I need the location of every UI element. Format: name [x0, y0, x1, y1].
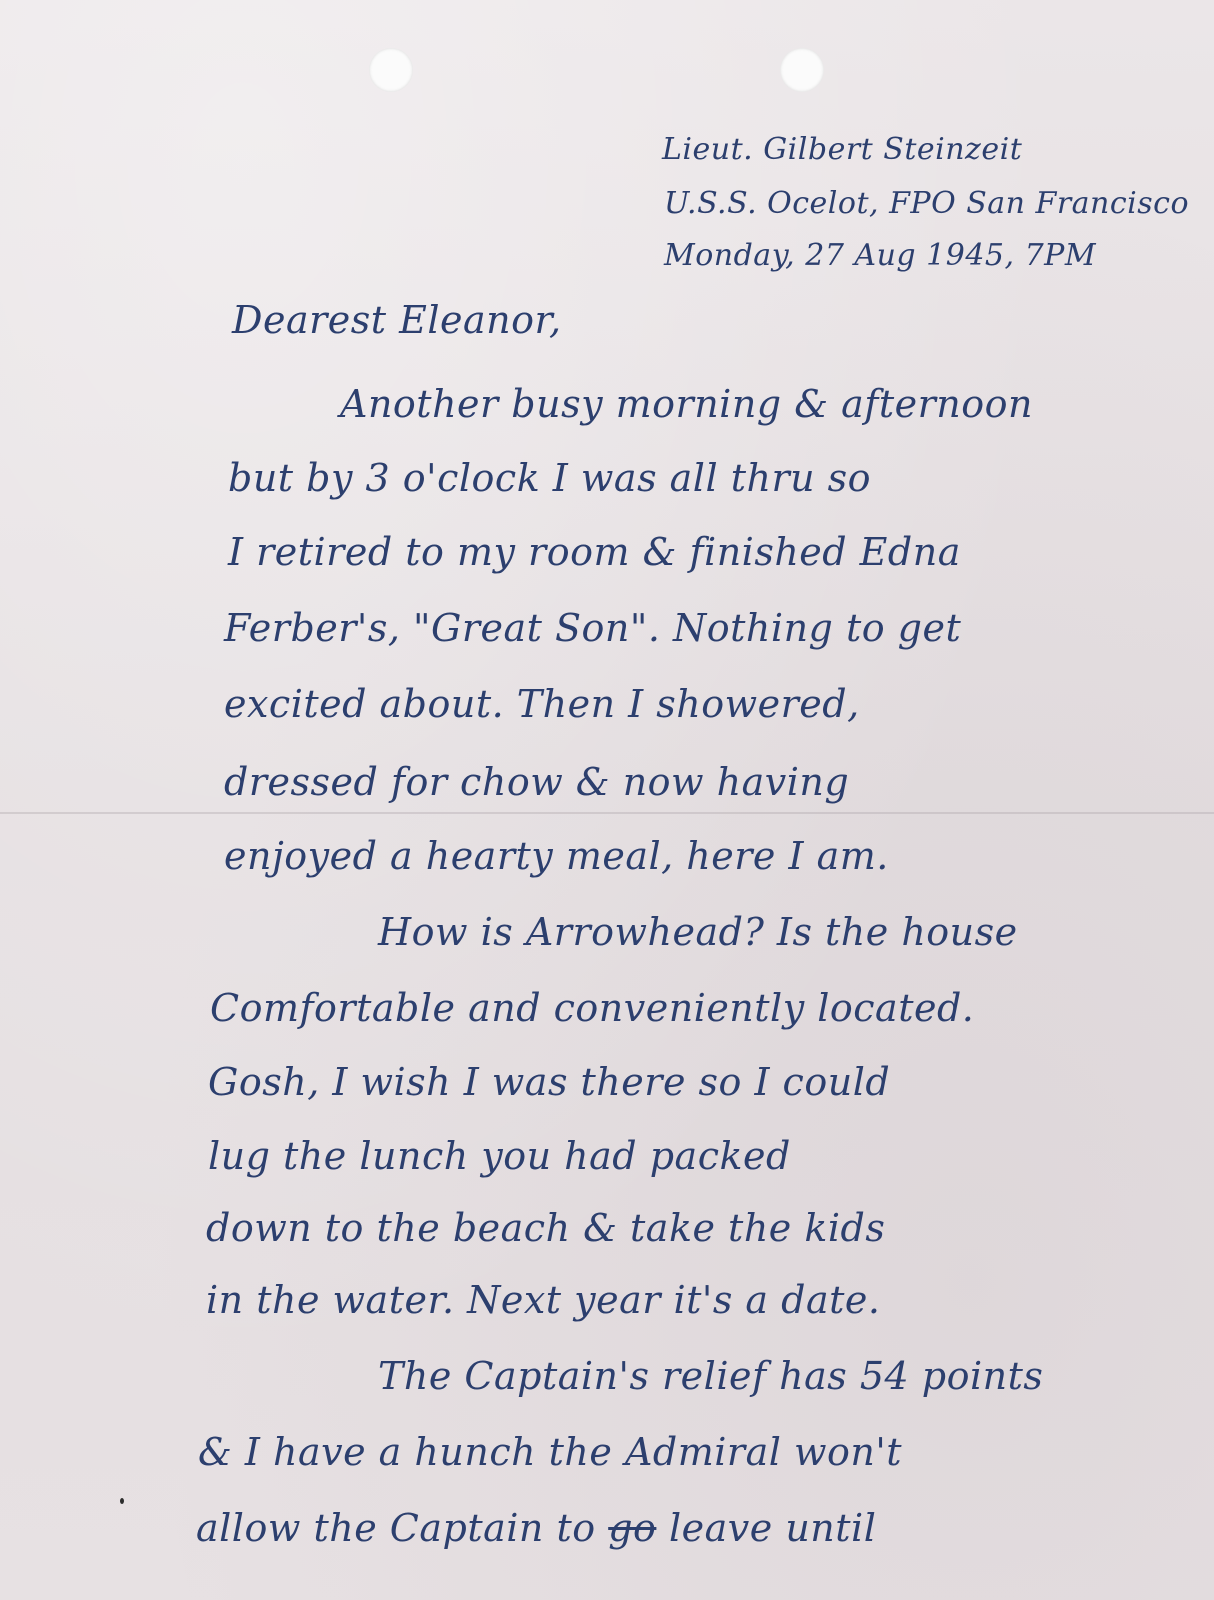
punch-hole-right: [780, 48, 824, 92]
letter-line-9: Comfortable and conveniently located.: [210, 986, 974, 1030]
punch-hole-left: [369, 48, 413, 92]
letter-line-2: but by 3 o'clock I was all thru so: [228, 456, 871, 500]
letter-line-8: How is Arrowhead? Is the house: [378, 910, 1018, 954]
letter-page: Lieut. Gilbert Steinzeit U.S.S. Ocelot, …: [0, 0, 1214, 1600]
sender-address: U.S.S. Ocelot, FPO San Francisco: [664, 186, 1189, 221]
letter-line-14: The Captain's relief has 54 points: [378, 1354, 1043, 1398]
letter-line-12: down to the beach & take the kids: [206, 1206, 885, 1250]
letter-line-10: Gosh, I wish I was there so I could: [208, 1060, 890, 1104]
letter-line-6: dressed for chow & now having: [224, 760, 849, 804]
letter-line-16-start: allow the Captain to: [196, 1506, 596, 1550]
letter-line-4: Ferber's, "Great Son". Nothing to get: [224, 606, 961, 650]
ink-speck: [120, 1498, 124, 1504]
letter-line-16: allow the Captain to go leave until: [196, 1506, 876, 1550]
letter-line-11: lug the lunch you had packed: [208, 1134, 791, 1178]
letter-line-5: excited about. Then I showered,: [224, 682, 860, 726]
letter-line-16-end: leave until: [669, 1506, 876, 1550]
letter-line-7: enjoyed a hearty meal, here I am.: [224, 834, 889, 878]
letter-line-3: I retired to my room & finished Edna: [228, 530, 961, 574]
sender-name: Lieut. Gilbert Steinzeit: [662, 132, 1022, 167]
letter-line-13: in the water. Next year it's a date.: [206, 1278, 880, 1322]
struck-word: go: [608, 1506, 656, 1550]
letter-line-1: Another busy morning & afternoon: [340, 382, 1033, 426]
letter-line-15: & I have a hunch the Admiral won't: [198, 1430, 902, 1474]
fold-line: [0, 812, 1214, 814]
letter-date: Monday, 27 Aug 1945, 7PM: [664, 238, 1096, 273]
salutation: Dearest Eleanor,: [232, 298, 562, 342]
